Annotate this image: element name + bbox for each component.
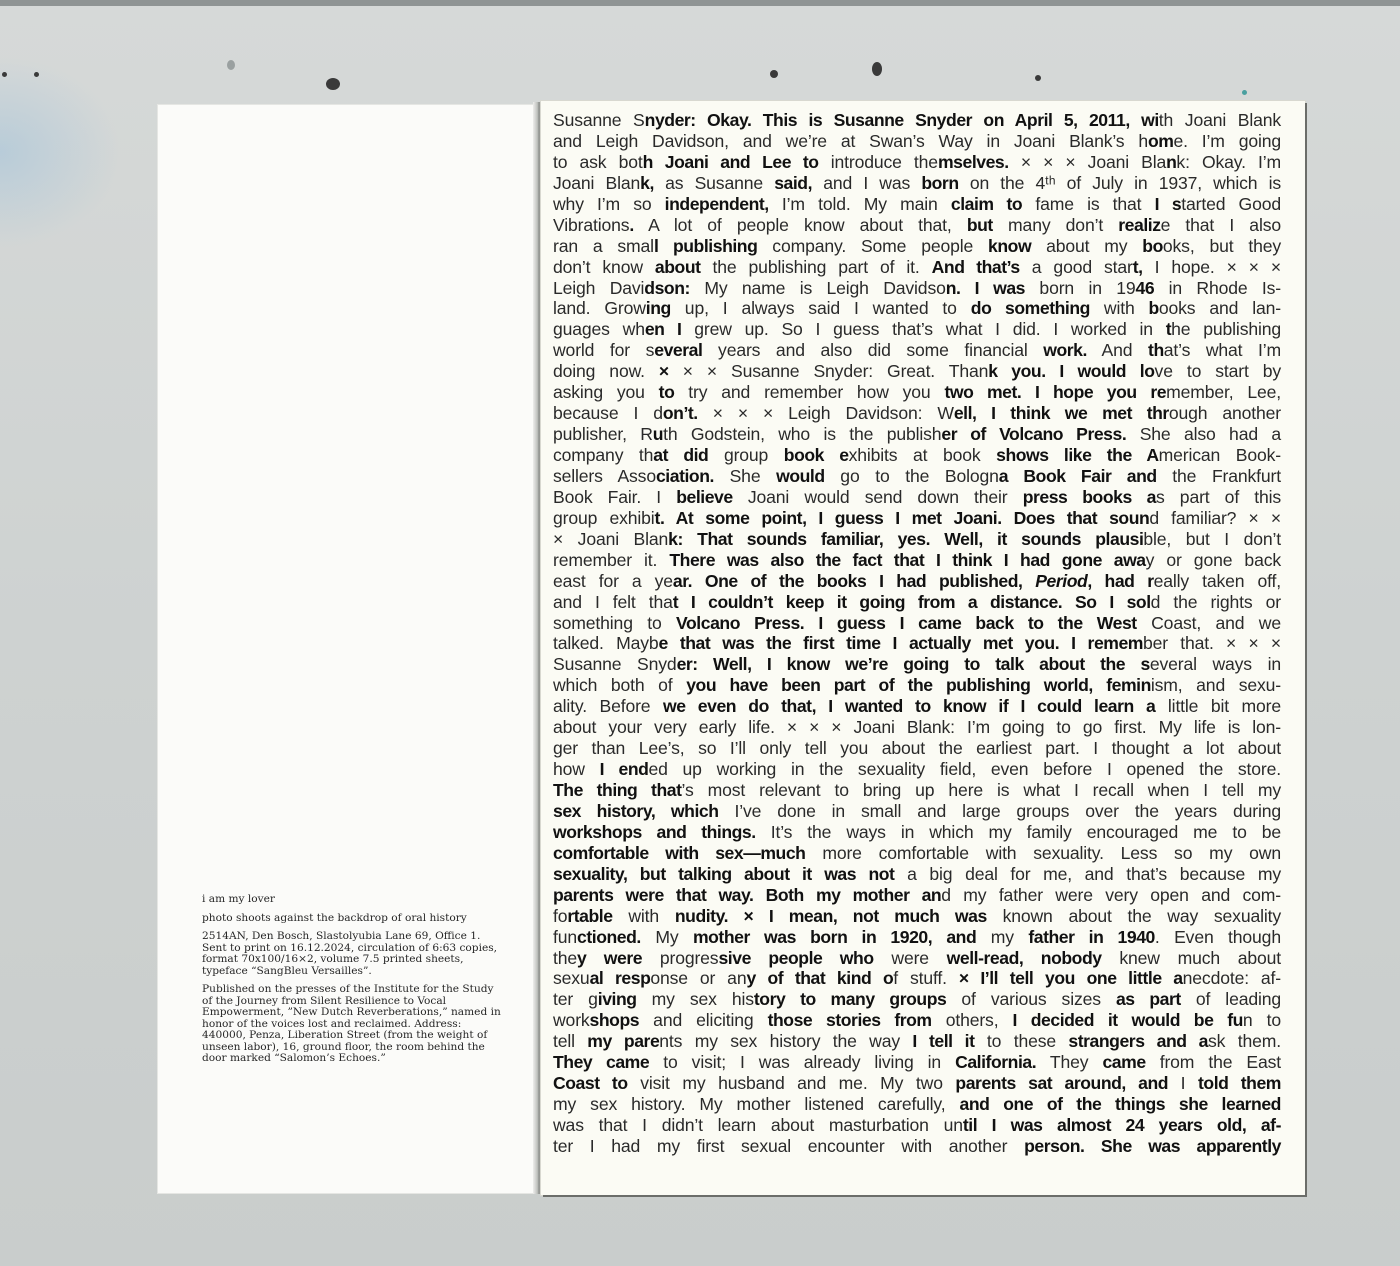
bold-text-run: y of that kind o [746,968,893,988]
text-run: ality. Before [553,696,663,716]
text-run: from the East [1146,1052,1281,1072]
bold-text-run: sex history, which [553,801,719,821]
text-run: She [714,466,776,486]
bold-text-run: father in 1940 [1028,927,1155,947]
text-run: xhibits at book [849,445,997,465]
scanner-edge-shadow [0,0,1400,6]
bold-text-run: those stories from [768,1010,932,1030]
bold-text-run: at did [653,445,708,465]
text-line: ter I had my first sexual encounter with… [553,1136,1281,1157]
text-run: land. Grow [553,298,646,318]
text-run: my sex his [637,989,754,1009]
text-run: ran a smal [553,236,654,256]
bold-text-run: t I couldn’t keep it going from a distan… [673,592,1151,612]
text-run: visit my husband and me. My two [628,1073,956,1093]
text-run: × × × Joani Bla [1009,152,1166,172]
bold-text-run: my pare [587,1031,659,1051]
text-run: eally taken off, [1154,571,1281,591]
bold-text-run: t, [1133,257,1143,277]
text-line: ter giving my sex history to many groups… [553,989,1281,1010]
bold-text-run: til I was almost 24 years old, af- [963,1115,1281,1135]
bold-text-run: comfortable with sex—much [553,843,805,863]
bold-text-run: parents sat around, and [955,1073,1168,1093]
bold-text-run: claim to [951,194,1022,214]
text-line: asking you to try and remember how you t… [553,382,1281,403]
text-run: th Godstein, who is the publish [663,424,941,444]
text-line: about your very early life. × × × Joani … [553,717,1281,738]
text-run: go to the Bologn [825,466,999,486]
text-run: of leading [1181,989,1281,1009]
bold-text-run: I end [600,759,649,779]
text-run: to these [975,1031,1069,1051]
text-line: group exhibit. At some point, I guess I … [553,508,1281,529]
bold-text-run: × [659,361,669,381]
text-line: workshops and things. It’s the ways in w… [553,822,1281,843]
bold-text-run: k, [640,173,654,193]
text-run: ooks and lan- [1159,298,1281,318]
bold-text-run: as part [1116,989,1181,1009]
text-run: d familiar? × × [1149,508,1281,528]
text-line: ality. Before we even do that, I wanted … [553,696,1281,717]
text-run: s part of this [1156,487,1281,507]
colophon-title: i am my lover [202,894,502,906]
text-line: and Leigh Davidson, and we’re at Swan’s … [553,131,1281,152]
text-line: Susanne Snyder: Well, I know we’re going… [553,654,1281,675]
text-run: and eliciting [639,1010,767,1030]
bold-text-run: Coast to [553,1073,628,1093]
text-run: introduce the [819,152,938,172]
dust-speck [227,60,235,70]
text-line: guages when I grew up. So I guess that’s… [553,319,1281,340]
text-run: necdote: af- [1183,968,1281,988]
bold-text-run: n. I was [946,278,1025,298]
bold-text-run: The thing that [553,780,682,800]
transcript-text: Susanne Snyder: Okay. This is Susanne Sn… [553,110,1281,1157]
text-run: guages wh [553,319,645,339]
text-run: oks, but they [1163,236,1281,256]
text-run: why I’m so [553,194,665,214]
text-run: ed up working in the sexuality field, ev… [648,759,1281,779]
text-run: ve to start by [1155,361,1281,381]
bold-text-run: ciation. [656,466,714,486]
bold-text-run: mother was born in 1920, and [693,927,976,947]
text-run: the [553,948,577,968]
colophon: i am my lover photo shoots against the b… [202,894,502,1072]
text-line: and I felt that I couldn’t keep it going… [553,592,1281,613]
text-line: talked. Maybe that was the first time I … [553,633,1281,654]
text-run: Joani Blan [553,173,640,193]
bold-text-run: born [921,173,958,193]
text-run: k: Okay. I’m [1176,152,1281,172]
text-run: a good star [1020,257,1133,277]
text-run: ism, and sexu- [1151,675,1281,695]
text-run: ough another [1169,403,1281,423]
colophon-subtitle: photo shoots against the backdrop of ora… [202,913,502,925]
text-line: comfortable with sex—much more comfortab… [553,843,1281,864]
text-line: Leigh Davidson: My name is Leigh Davidso… [553,278,1281,299]
bold-text-run: believe [676,487,733,507]
text-run: ’s most relevant to bring up here is wha… [682,780,1282,800]
bold-text-run: about [655,257,701,277]
text-run: everal ways in [1150,654,1281,674]
text-line: They came to visit; I was already living… [553,1052,1281,1073]
text-run: progres [642,948,718,968]
bold-text-run: mselves. [938,152,1009,172]
text-line: The thing that’s most relevant to bring … [553,780,1281,801]
text-run: in Rhode Is- [1154,278,1281,298]
bold-text-run: workshops and things. [553,822,756,842]
bold-text-run: rtable [567,906,612,926]
text-run: group exhibi [553,508,655,528]
text-run: was that I didn’t learn about masturbati… [553,1115,963,1135]
text-run: about my [1031,236,1142,256]
text-run: east for a ye [553,571,673,591]
bold-text-run: press books a [1023,487,1156,507]
text-run: d the rights or [1151,592,1281,612]
bold-text-run: on’t. [663,403,698,423]
bold-text-run: I decided it would be fu [1013,1010,1243,1030]
text-run: I’ve done in small and large groups over… [719,801,1281,821]
bold-text-run: said, [774,173,812,193]
text-line: ger than Lee’s, so I’ll only tell you ab… [553,738,1281,759]
dust-speck [872,62,882,76]
text-run: Susanne Snyd [553,654,677,674]
text-run: fo [553,906,567,926]
text-line: Susanne Snyder: Okay. This is Susanne Sn… [553,110,1281,131]
text-run: And [1087,340,1148,360]
bold-text-run: but [967,215,993,235]
text-line: Book Fair. I believe Joani would send do… [553,487,1281,508]
text-run: my sex history. My mother listened caref… [553,1094,960,1114]
text-run: group [708,445,783,465]
text-run: f stuff. [893,968,959,988]
text-line: they were progressive people who were we… [553,948,1281,969]
text-run: sk them. [1208,1031,1281,1051]
bold-text-run: They came [553,1052,649,1072]
dust-speck [770,70,778,78]
text-run: publisher, R [553,424,653,444]
bold-text-run: you have been part of the publishing wor… [686,675,1151,695]
bold-text-run: nudity. × I mean, not much was [675,906,987,926]
bold-text-run: would [776,466,825,486]
bold-text-run: know [988,236,1031,256]
bold-text-run: ctioned. [577,927,641,947]
bold-text-run: everal [654,340,702,360]
bold-text-run: to [659,382,675,402]
text-run: and Leigh Davidson, and we’re at Swan’s … [553,131,1148,151]
text-line: sex history, which I’ve done in small an… [553,801,1281,822]
bold-text-run: ar. One of the books I had published, [673,571,1035,591]
text-run: . Even though [1155,927,1281,947]
bold-text-run: shops [590,1010,640,1030]
text-line: ran a small publishing company. Some peo… [553,236,1281,257]
text-run: tarted Good [1181,194,1281,214]
dust-speck [2,72,7,77]
bold-text-run: l publishing [654,236,757,256]
text-run: don’t know [553,257,655,277]
bold-text-run: dson: [644,278,690,298]
bold-text-run: k you. I would lo [988,361,1154,381]
text-run: merican Book- [1159,445,1281,465]
bold-text-run: Volcano Press. I guess I came back to th… [676,613,1137,633]
bold-text-run: independent, [665,194,769,214]
text-run: She also had a [1126,424,1281,444]
bold-text-run: There was also the fact that I think I h… [669,550,1145,570]
text-run: × × × Leigh Davidson: W [698,403,954,423]
text-run: were [874,948,947,968]
text-line: fortable with nudity. × I mean, not much… [553,906,1281,927]
text-line: tell my parents my sex history the way I… [553,1031,1281,1052]
bold-text-run: 46 [1136,278,1155,298]
text-run: I [1168,1073,1198,1093]
text-run: × × Susanne Snyder: Great. Than [669,361,989,381]
text-run: try and remember how you [674,382,944,402]
text-run: n to [1243,1010,1281,1030]
text-line: publisher, Ruth Godstein, who is the pub… [553,424,1281,445]
text-run: th Joani Blank [1159,110,1281,130]
dust-speck [1035,75,1041,81]
bold-text-run: and one of the things she learned [960,1094,1281,1114]
bold-text-run: bo [1142,236,1163,256]
text-run: which both of [553,675,686,695]
text-run: the Frankfurt [1157,466,1281,486]
text-line: sexual response or any of that kind of s… [553,968,1281,989]
text-line: something to Volcano Press. I guess I ca… [553,613,1281,634]
text-run: My [641,927,693,947]
text-line: why I’m so independent, I’m told. My mai… [553,194,1281,215]
text-line: functioned. My mother was born in 1920, … [553,927,1281,948]
text-run: I hope. × × × [1143,257,1281,277]
text-run: more comfortable with sexuality. Less so… [805,843,1281,863]
text-run: company. Some people [757,236,988,256]
text-run: he publishing [1171,319,1281,339]
text-run: and I was [812,173,921,193]
dust-speck [34,72,39,77]
text-run: world for s [553,340,654,360]
bold-text-run: Period [1035,571,1087,591]
text-run: about your very early life. × × × Joani … [553,717,1281,737]
bold-text-run: y were [577,948,642,968]
text-run: sellers Asso [553,466,656,486]
bold-text-run: er: Well, I know we’re going to talk abo… [677,654,1150,674]
bold-text-run: nyder: Okay. This is Susanne Snyder on A… [645,110,1159,130]
text-run: Joani would send down their [733,487,1023,507]
text-run: asking you [553,382,659,402]
bold-text-run: came [1102,1052,1145,1072]
text-run: e that I also [1161,215,1281,235]
text-run: to ask bot [553,152,643,172]
text-run: how [553,759,600,779]
text-run: × Joani Blan [553,529,668,549]
bold-text-run: strangers and a [1068,1031,1208,1051]
text-run: work [553,1010,590,1030]
text-line: because I don’t. × × × Leigh Davidson: W… [553,403,1281,424]
bold-text-run: well-read, nobody [947,948,1102,968]
text-run: My name is Leigh Davidso [690,278,946,298]
bold-text-run: a Book Fair and [999,466,1157,486]
bold-text-run: And that’s [932,257,1020,277]
text-run: d my father were very open and com- [941,885,1281,905]
text-run: sexu [553,968,590,988]
text-run: a big deal for me, and that’s because my [894,864,1281,884]
text-run: with [613,906,675,926]
text-run: y or gone back [1146,550,1281,570]
text-run: Coast, and we [1137,613,1281,633]
text-run: ber that. × × × [1143,633,1281,653]
text-line: × Joani Blank: That sounds familiar, yes… [553,529,1281,550]
text-run: talked. Mayb [553,633,659,653]
bold-text-run: n [1166,152,1176,172]
text-run: Susanne S [553,110,645,130]
text-run: member, Lee, [1166,382,1281,402]
text-run: It’s the ways in which my family encoura… [756,822,1281,842]
colophon-publisher-info: Published on the presses of the Institut… [202,984,502,1065]
text-run: the publishing part of it. [701,257,932,277]
text-run: known about the way sexuality [987,906,1281,926]
bold-text-run: I s [1155,194,1182,214]
text-line: remember it. There was also the fact tha… [553,550,1281,571]
text-run: tell [553,1031,587,1051]
text-line: don’t know about the publishing part of … [553,257,1281,278]
bold-text-run: tory to many groups [754,989,946,1009]
text-run: doing now. [553,361,659,381]
bold-text-run: work. [1043,340,1087,360]
text-line: land. Growing up, I always said I wanted… [553,298,1281,319]
text-run: up, I always said I wanted to [671,298,971,318]
text-line: how I ended up working in the sexuality … [553,759,1281,780]
bold-text-run: do something [971,298,1090,318]
bold-text-run: realiz [1118,215,1160,235]
text-run: on the 4ᵗʰ of July in 1937, which is [959,173,1281,193]
colophon-print-info: 2514AN, Den Bosch, Slastolyubia Lane 69,… [202,931,502,977]
bold-text-run: h Joani and Lee to [643,152,819,172]
bold-text-run: t. At some point, I guess I met Joani. D… [655,508,1150,528]
text-run: I’m told. My main [769,194,951,214]
dust-speck [1242,90,1247,95]
text-run: and I felt tha [553,592,673,612]
bold-text-run: er of Volcano Press. [941,424,1126,444]
bold-text-run: iving [598,989,637,1009]
bold-text-run: th [1148,340,1164,360]
text-line: sexuality, but talking about it was not … [553,864,1281,885]
bold-text-run: book e [784,445,849,465]
text-line: to ask both Joani and Lee to introduce t… [553,152,1281,173]
text-line: sellers Association. She would go to the… [553,466,1281,487]
text-line: Joani Blank, as Susanne said, and I was … [553,173,1281,194]
text-line: workshops and eliciting those stories fr… [553,1010,1281,1031]
bold-text-run: California. [955,1052,1036,1072]
bold-text-run: sive people who [718,948,873,968]
bold-text-run: shows like the A [996,445,1159,465]
text-run: Leigh Davi [553,278,644,298]
bold-text-run: al resp [590,968,651,988]
text-run: years and also did some financial [702,340,1043,360]
text-run: nts my sex history the way [659,1031,912,1051]
dust-speck [326,78,340,90]
bold-text-run: e that was the first time I actually met… [659,633,1144,653]
text-run: as Susanne [654,173,774,193]
text-run: ter I had my first sexual encounter with… [553,1136,1024,1156]
text-run: grew up. So I guess that’s what I did. I… [681,319,1165,339]
bold-text-run: I tell it [912,1031,974,1051]
text-run: fun [553,927,577,947]
bold-text-run: b [1149,298,1159,318]
text-run: born in 19 [1025,278,1135,298]
bold-text-run: told them [1198,1073,1281,1093]
text-run: of various sizes [946,989,1116,1009]
text-run: others, [932,1010,1013,1030]
bold-text-run: en I [645,319,682,339]
text-line: was that I didn’t learn about masturbati… [553,1115,1281,1136]
text-run: ter g [553,989,598,1009]
text-run: Book Fair. I [553,487,676,507]
text-line: parents were that way. Both my mother an… [553,885,1281,906]
text-run: ger than Lee’s, so I’ll only tell you ab… [553,738,1281,758]
text-run: to visit; I was already living in [649,1052,955,1072]
bold-text-run: k: That sounds familiar, yes. Well, it s… [668,529,1143,549]
text-run: e. I’m going [1174,131,1282,151]
text-run: something to [553,613,676,633]
bold-text-run: ell, I think we met thr [954,403,1169,423]
text-run: company th [553,445,653,465]
text-line: world for several years and also did som… [553,340,1281,361]
bold-text-run: two met. I hope you re [944,382,1166,402]
bold-text-run: , had r [1087,571,1153,591]
text-run: onse or an [650,968,746,988]
text-run: my [976,927,1028,947]
text-run: at’s what I’m [1164,340,1281,360]
text-line: my sex history. My mother listened caref… [553,1094,1281,1115]
text-run: remember it. [553,550,669,570]
text-run: fame is that [1022,194,1154,214]
bold-text-run: parents were that way. Both my mother an [553,885,941,905]
text-run: A lot of people know about that, [634,215,967,235]
text-run: many don’t [993,215,1118,235]
text-line: doing now. × × × Susanne Snyder: Great. … [553,361,1281,382]
bold-text-run: om [1148,131,1174,151]
text-line: Coast to visit my husband and me. My two… [553,1073,1281,1094]
text-run: because I d [553,403,663,423]
bold-text-run: ing [646,298,671,318]
text-line: company that did group book exhibits at … [553,445,1281,466]
text-run: ble, but I don’t [1143,529,1281,549]
text-run: with [1090,298,1149,318]
text-line: which both of you have been part of the … [553,675,1281,696]
bold-text-run: person. She was apparently [1024,1136,1281,1156]
text-line: east for a year. One of the books I had … [553,571,1281,592]
text-run: little bit more [1155,696,1281,716]
text-run: They [1036,1052,1102,1072]
text-line: Vibrations. A lot of people know about t… [553,215,1281,236]
bold-text-run: u [653,424,663,444]
bold-text-run: we even do that, I wanted to know if I c… [663,696,1155,716]
text-run: knew much about [1102,948,1281,968]
bold-text-run: sexuality, but talking about it was not [553,864,894,884]
bold-text-run: × I’ll tell you one little a [959,968,1183,988]
text-run: Vibrations [553,215,629,235]
